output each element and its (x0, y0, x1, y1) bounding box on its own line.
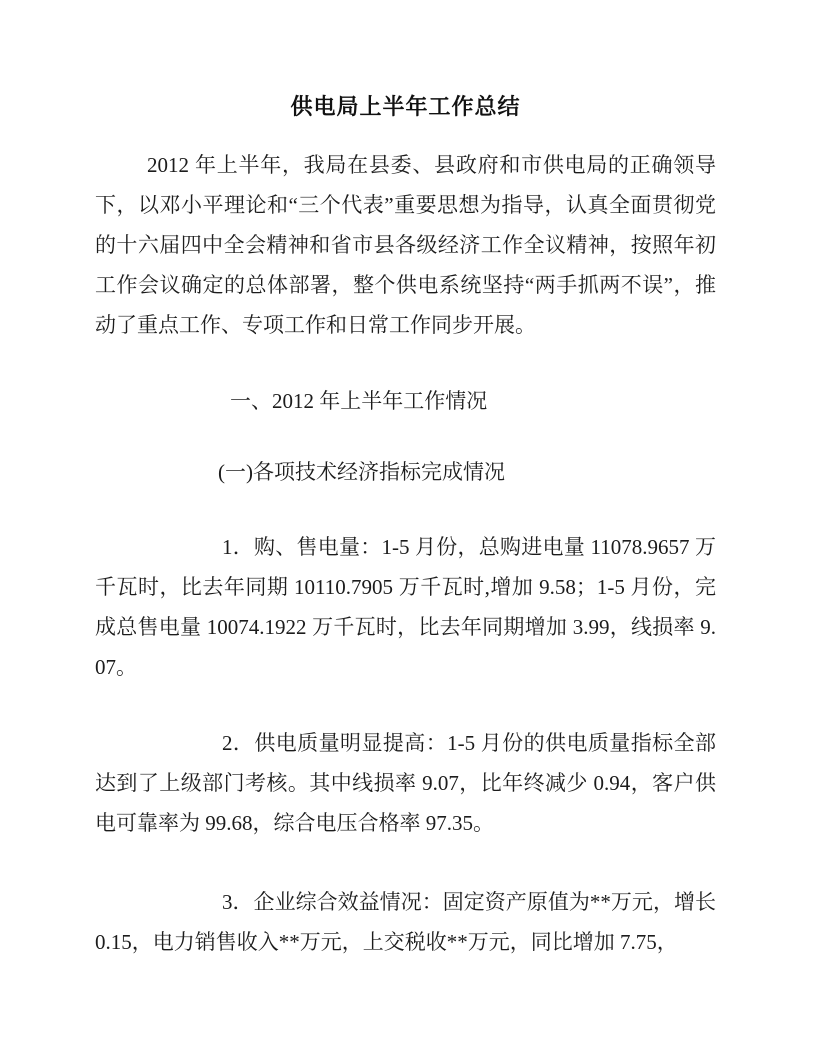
document-page: 供电局上半年工作总结 2012 年上半年，我局在县委、县政府和市供电局的正确领导… (0, 0, 816, 1056)
paragraph-item-1-electricity-purchase-sale: 1．购、售电量：1-5 月份，总购进电量 11078.9657 万千瓦时，比去年… (95, 527, 716, 687)
paragraph-item-3-enterprise-benefit: 3．企业综合效益情况：固定资产原值为**万元，增长 0.15，电力销售收入**万… (95, 882, 716, 962)
paragraph-intro: 2012 年上半年，我局在县委、县政府和市供电局的正确领导下，以邓小平理论和“三… (95, 145, 716, 345)
heading-section-one: 一、2012 年上半年工作情况 (95, 381, 716, 421)
heading-subsection-indicators: (一)各项技术经济指标完成情况 (95, 452, 716, 492)
document-title: 供电局上半年工作总结 (95, 87, 716, 127)
paragraph-item-2-supply-quality: 2．供电质量明显提高：1-5 月份的供电质量指标全部达到了上级部门考核。其中线损… (95, 723, 716, 843)
